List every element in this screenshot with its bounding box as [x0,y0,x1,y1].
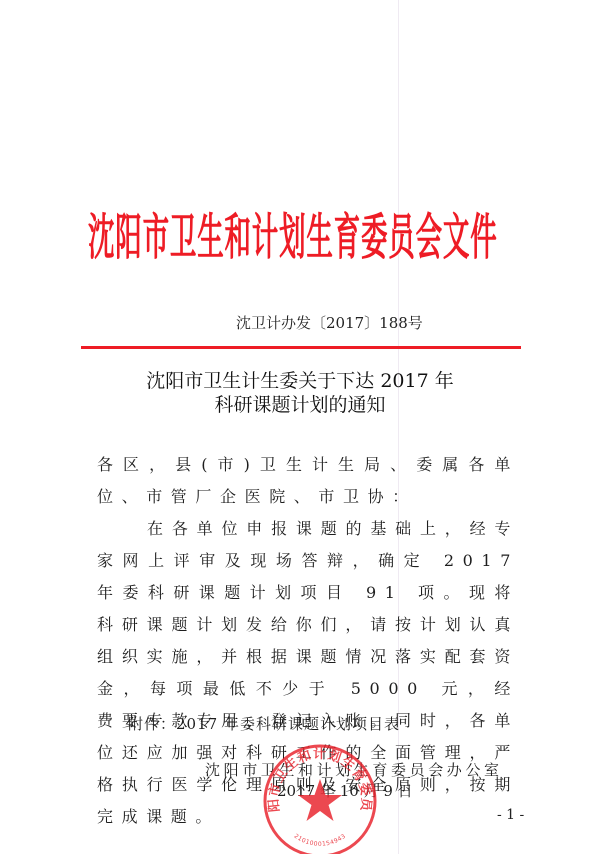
stamp-code: 2101000154943 [293,833,348,848]
notice-title-line-2: 科研课题计划的通知 [100,393,500,417]
star-icon [298,779,342,821]
svg-text:2101000154943: 2101000154943 [293,833,348,848]
official-seal-stamp: 沈阳市卫生和计划生育委员会 2101000154943 [262,743,378,854]
document-header: 沈阳市卫生和计划生育委员会文件 [88,193,423,283]
notice-title-line-1: 沈阳市卫生计生委关于下达 2017 年 [100,369,500,393]
attachment-line: 附件：2017 年委科研课题计划项目表 [128,712,400,736]
page-number: - 1 - [497,805,524,825]
notice-title: 沈阳市卫生计生委关于下达 2017 年 科研课题计划的通知 [100,369,500,417]
document-header-wrapper: 沈阳市卫生和计划生育委员会文件 [88,207,518,269]
document-number: 沈卫计办发〔2017〕188号 [236,312,423,334]
recipients-line: 各区，县(市)卫生计生局、委属各单位、市管厂企医院、市卫协： [97,449,519,513]
red-divider-rule [81,346,521,349]
